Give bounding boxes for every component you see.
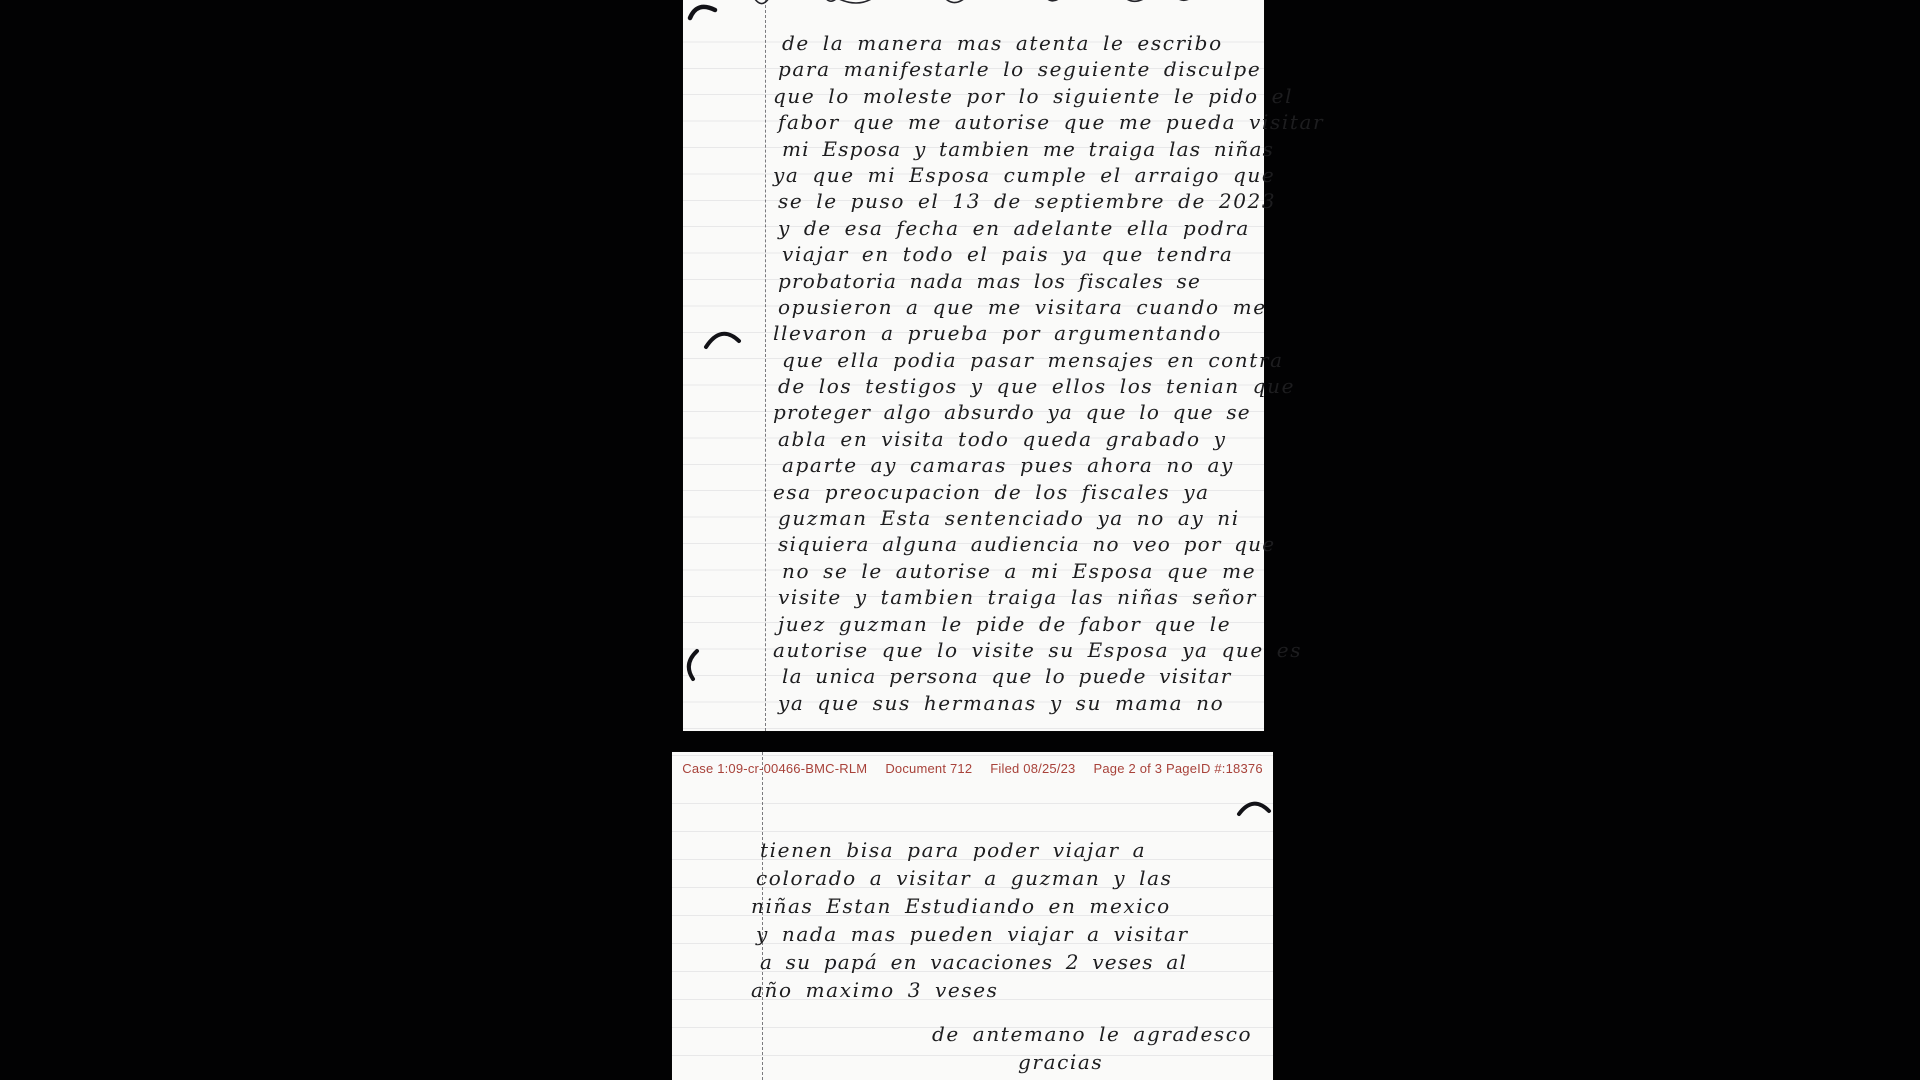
handwritten-line: esa preocupacion de los fiscales ya (773, 479, 1324, 505)
handwritten-line: para manifestarle lo seguiente disculpe (778, 56, 1324, 82)
ecf-filed-date: Filed 08/25/23 (990, 761, 1075, 776)
scan-crescent-artifact (1236, 798, 1272, 820)
ecf-document-number: Document 712 (885, 761, 972, 776)
document-page-2: Case 1:09-cr-00466-BMC-RLMDocument 712Fi… (672, 752, 1273, 1080)
handwritten-line: guzman Esta sentenciado ya no ay ni (778, 505, 1324, 531)
handwritten-line: proteger algo absurdo ya que lo que se (773, 399, 1324, 425)
handwritten-line: y de esa fecha en adelante ella podra (778, 215, 1324, 241)
handwritten-line: siquiera alguna audiencia no veo por que (778, 531, 1324, 557)
handwritten-line: de los testigos y que ellos los tenian q… (778, 373, 1324, 399)
scan-crescent-artifact (681, 648, 703, 682)
handwritten-line: juez guzman le pide de fabor que le (778, 611, 1324, 637)
handwritten-line: ya que mi Esposa cumple el arraigo que (773, 162, 1324, 188)
handwritten-line: autorise que lo visite su Esposa ya que … (773, 637, 1324, 663)
handwritten-line: aparte ay camaras pues ahora no ay (782, 452, 1324, 478)
paper-margin-line (765, 0, 766, 731)
handwritten-line: no se le autorise a mi Esposa que me (782, 558, 1324, 584)
handwritten-line: probatoria nada mas los fiscales se (778, 268, 1324, 294)
handwritten-line: de la manera mas atenta le escribo (782, 30, 1324, 56)
handwritten-line: abla en visita todo queda grabado y (778, 426, 1324, 452)
handwritten-line: a su papá en vacaciones 2 veses al (760, 948, 1252, 976)
handwritten-line: año maximo 3 veses (751, 976, 1252, 1004)
handwritten-line: se le puso el 13 de septiembre de 2023 (778, 188, 1324, 214)
handwritten-line: tienen bisa para poder viajar a (760, 836, 1252, 864)
document-page-1: de la manera mas atenta le escribo para … (683, 0, 1264, 731)
handwritten-line: que ella podia pasar mensajes en contra (782, 347, 1324, 373)
handwritten-closing-line: gracias (1018, 1048, 1252, 1076)
ecf-case-stamp: Case 1:09-cr-00466-BMC-RLMDocument 712Fi… (672, 761, 1273, 776)
handwritten-line: colorado a visitar a guzman y las (756, 864, 1252, 892)
handwritten-line: ya que sus hermanas y su mama no (778, 690, 1324, 716)
handwritten-line: viajar en todo el pais ya que tendra (782, 241, 1324, 267)
scan-crescent-artifact (687, 1, 721, 23)
handwritten-line: niñas Estan Estudiando en mexico (751, 892, 1252, 920)
handwritten-line: que lo moleste por lo siguiente le pido … (773, 83, 1324, 109)
handwritten-line: mi Esposa y tambien me traiga las niñas (782, 136, 1324, 162)
handwritten-line: y nada mas pueden viajar a visitar (756, 920, 1252, 948)
handwritten-closing-line: de antemano le agradesco (932, 1020, 1252, 1048)
cutoff-handwriting-fragment (743, 0, 1203, 10)
handwritten-text-page-1: de la manera mas atenta le escribo para … (778, 30, 1324, 716)
handwritten-line: opusieron a que me visitara cuando me (778, 294, 1324, 320)
handwritten-line: fabor que me autorise que me pueda visit… (778, 109, 1324, 135)
pdf-viewer-background: de la manera mas atenta le escribo para … (0, 0, 1920, 1080)
handwritten-line: llevaron a prueba por argumentando (773, 320, 1324, 346)
handwritten-text-page-2: tienen bisa para poder viajar a colorado… (756, 836, 1252, 1076)
ecf-case-number: Case 1:09-cr-00466-BMC-RLM (682, 761, 867, 776)
handwritten-line: visite y tambien traiga las niñas señor (778, 584, 1324, 610)
handwritten-line: la unica persona que lo puede visitar (782, 663, 1324, 689)
scan-crescent-artifact (703, 326, 743, 352)
ecf-page-id: Page 2 of 3 PageID #:18376 (1093, 761, 1262, 776)
